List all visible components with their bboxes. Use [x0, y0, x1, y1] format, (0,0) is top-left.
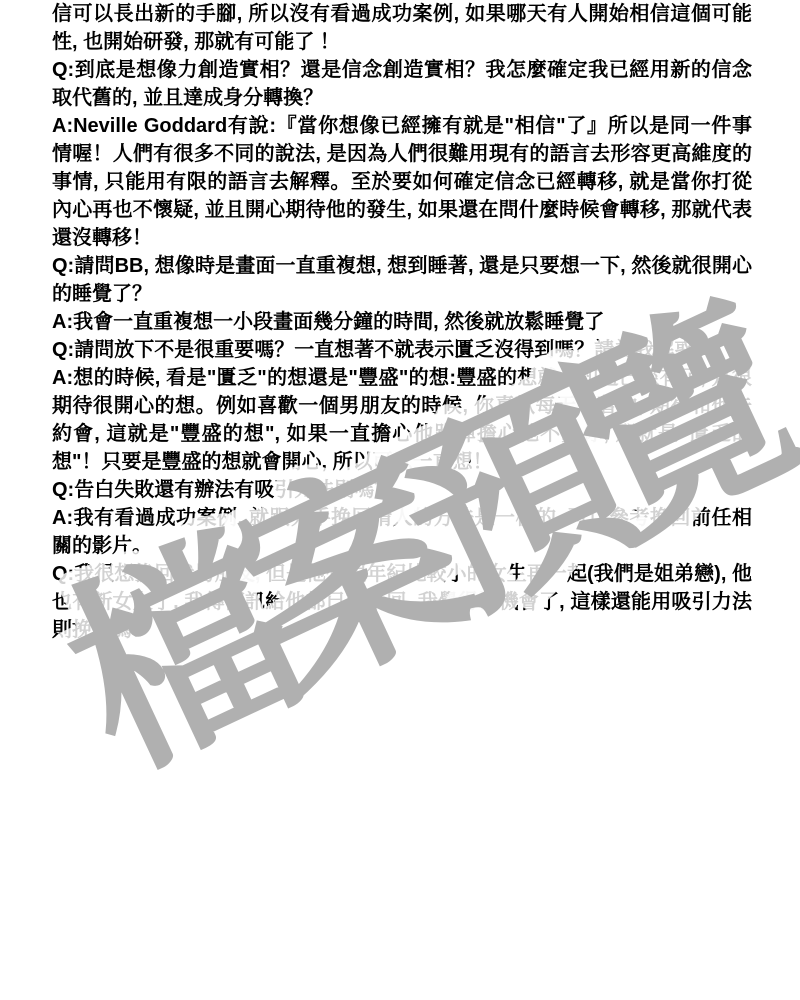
question-1: Q:到底是想像力創造實相？還是信念創造實相？我怎麼確定我已經用新的信念取代舊的,… [52, 56, 752, 112]
answer-2: A:我會一直重複想一小段畫面幾分鐘的時間, 然後就放鬆睡覺了 [52, 308, 752, 336]
document-text: 信可以長出新的手腳, 所以沒有看過成功案例, 如果哪天有人開始相信這個可能性, … [52, 0, 752, 644]
question-2: Q:請問BB, 想像時是畫面一直重複想, 想到睡著, 還是只要想一下, 然後就很… [52, 252, 752, 308]
answer-4: A:我有看過成功案例, 就跟分手挽回情人的方法是一樣的, 可以參考挽回前任相關的… [52, 504, 752, 560]
answer-1: A:Neville Goddard有說:『當你想像已經擁有就是"相信"了』所以是… [52, 112, 752, 252]
document-page: 信可以長出新的手腳, 所以沒有看過成功案例, 如果哪天有人開始相信這個可能性, … [0, 0, 800, 1000]
intro-paragraph: 信可以長出新的手腳, 所以沒有看過成功案例, 如果哪天有人開始相信這個可能性, … [52, 0, 752, 56]
question-5: Q:我很想挽回我男朋友, 但是他想跟年紀比較小的女生再一起(我們是姐弟戀), 他… [52, 560, 752, 644]
question-4: Q:告白失敗還有辦法有吸引力法則嗎？ [52, 476, 752, 504]
answer-3: A:想的時候, 看是"匱乏"的想還是"豐盛"的想:豐盛的想就是知道已經有了, 是… [52, 364, 752, 476]
question-3: Q:請問放下不是很重要嗎？一直想著不就表示匱乏沒得到嗎？請為我解惑！ [52, 336, 752, 364]
